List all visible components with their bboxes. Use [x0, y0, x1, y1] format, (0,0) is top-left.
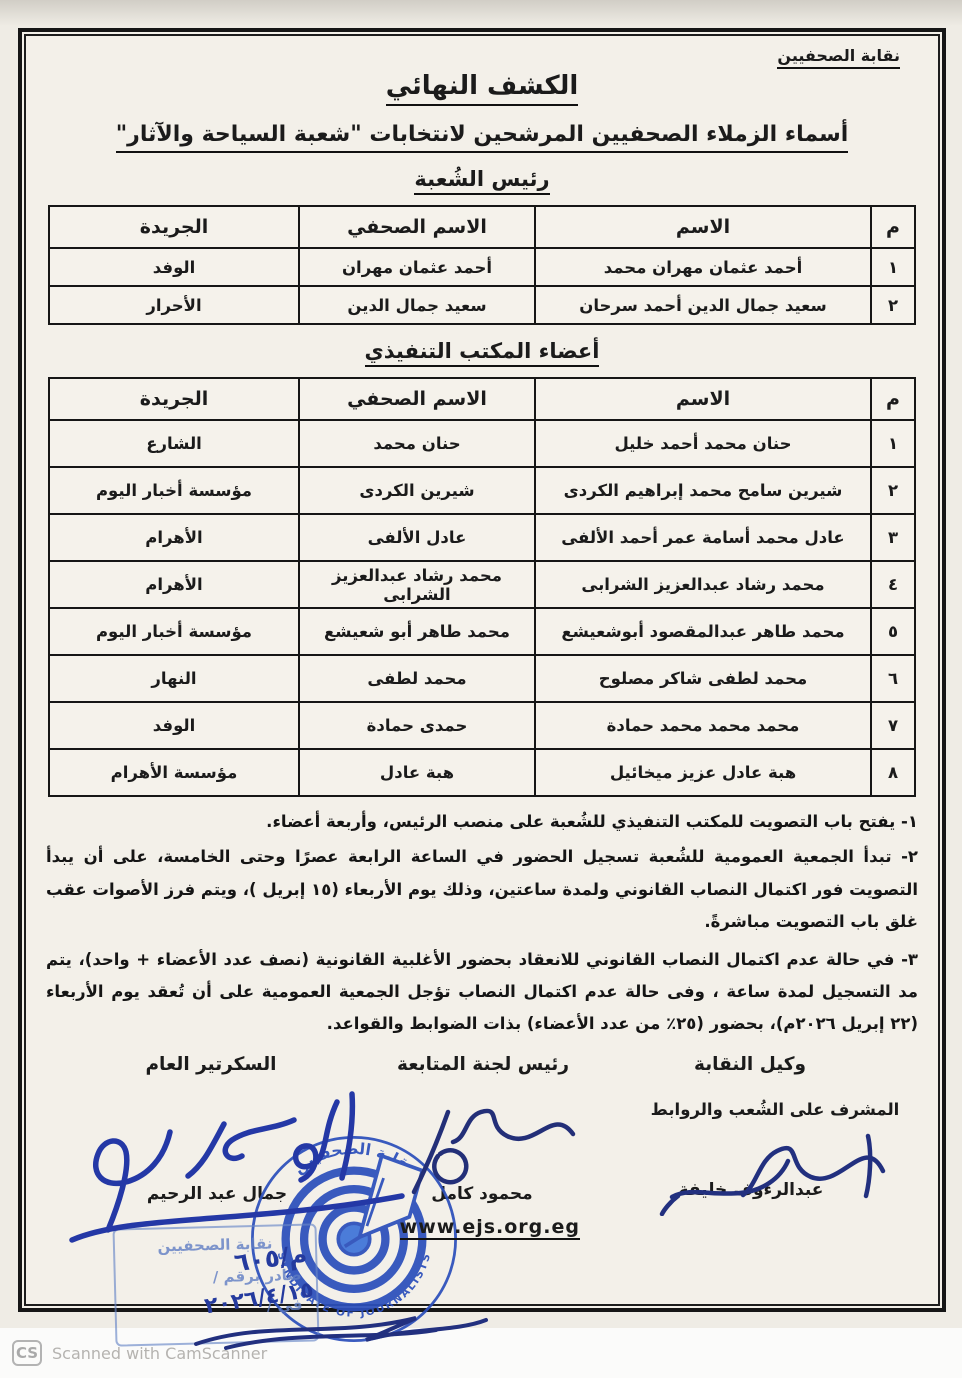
cell-newspaper: الأهرام — [49, 561, 299, 608]
cell-press-name: عادل الألفى — [299, 514, 535, 561]
section-title-head: رئيس الشُعبة — [414, 167, 549, 195]
cell-num: ٢ — [871, 467, 915, 514]
cell-press-name: شيرين الكردى — [299, 467, 535, 514]
cell-name: محمد رشاد عبدالعزيز الشرابى — [535, 561, 871, 608]
syndicate-website-url[interactable]: www.ejs.org.eg — [400, 1216, 580, 1240]
table-row: ٢ شيرين سامح محمد إبراهيم الكردى شيرين ا… — [49, 467, 915, 514]
document-title: الكشف النهائي — [386, 71, 579, 106]
table-row: ٨ هبة عادل عزيز ميخائيل هبة عادل مؤسسة ا… — [49, 749, 915, 796]
table-row: ٣ عادل محمد أسامة عمر أحمد الألفى عادل ا… — [49, 514, 915, 561]
table-header-row: م الاسم الاسم الصحفي الجريدة — [49, 378, 915, 420]
cell-press-name: هبة عادل — [299, 749, 535, 796]
table-row: ٢ سعيد جمال الدين أحمد سرحان سعيد جمال ا… — [49, 286, 915, 324]
cell-newspaper: النهار — [49, 655, 299, 702]
deputy-signature — [638, 1116, 898, 1216]
cell-name: محمد طاهر عبدالمقصود أبوشعيشع — [535, 608, 871, 655]
cell-newspaper: الشارع — [49, 420, 299, 467]
page-border: نقابة الصحفيين الكشف النهائي أسماء الزمل… — [24, 34, 940, 1306]
col-header-newspaper: الجريدة — [49, 378, 299, 420]
cell-name: عادل محمد أسامة عمر أحمد الألفى — [535, 514, 871, 561]
exec-section-table: م الاسم الاسم الصحفي الجريدة ١ حنان محمد… — [48, 377, 916, 797]
cell-newspaper: مؤسسة أخبار اليوم — [49, 608, 299, 655]
signatures-area: وكيل النقابة المشرف على الشُعب والروابط … — [36, 1048, 928, 1348]
col-header-newspaper: الجريدة — [49, 206, 299, 248]
cell-num: ٤ — [871, 561, 915, 608]
cell-newspaper: الوفد — [49, 248, 299, 286]
col-header-num: م — [871, 378, 915, 420]
cell-num: ١ — [871, 420, 915, 467]
col-header-name: الاسم — [535, 378, 871, 420]
cell-newspaper: مؤسسة أخبار اليوم — [49, 467, 299, 514]
cell-newspaper: الأهرام — [49, 514, 299, 561]
cell-name: سعيد جمال الدين أحمد سرحان — [535, 286, 871, 324]
scan-shadow — [0, 0, 962, 26]
note-1: ١- يفتح باب التصويت للمكتب التنفيذي للشُ… — [46, 809, 918, 835]
syndicate-corner-label: نقابة الصحفيين — [777, 46, 900, 69]
cell-name: شيرين سامح محمد إبراهيم الكردى — [535, 467, 871, 514]
cell-name: محمد لطفى شاكر مصلوح — [535, 655, 871, 702]
cell-num: ٢ — [871, 286, 915, 324]
col-header-num: م — [871, 206, 915, 248]
camscanner-logo-icon: CS — [12, 1340, 42, 1366]
col-header-name: الاسم — [535, 206, 871, 248]
cell-newspaper: الوفد — [49, 702, 299, 749]
note-2: ٢- تبدأ الجمعية العمومية للشُعبة تسجيل ا… — [46, 841, 918, 938]
section-title-exec: أعضاء المكتب التنفيذي — [365, 339, 600, 367]
voting-notes: ١- يفتح باب التصويت للمكتب التنفيذي للشُ… — [46, 809, 918, 1040]
table-row: ٦ محمد لطفى شاكر مصلوح محمد لطفى النهار — [49, 655, 915, 702]
table-row: ٤ محمد رشاد عبدالعزيز الشرابى محمد رشاد … — [49, 561, 915, 608]
cell-num: ١ — [871, 248, 915, 286]
cell-press-name: حنان محمد — [299, 420, 535, 467]
head-section-table: م الاسم الاسم الصحفي الجريدة ١ أحمد عثما… — [48, 205, 916, 325]
secretary-signature — [42, 1072, 442, 1262]
deputy-title: وكيل النقابة — [640, 1054, 860, 1075]
cell-press-name: سعيد جمال الدين — [299, 286, 535, 324]
cell-num: ٥ — [871, 608, 915, 655]
cell-press-name: محمد طاهر أبو شعيشع — [299, 608, 535, 655]
cell-name: محمد محمد محمد حمادة — [535, 702, 871, 749]
document-subtitle: أسماء الزملاء الصحفيين المرشحين لانتخابا… — [116, 122, 849, 153]
table-row: ١ حنان محمد أحمد خليل حنان محمد الشارع — [49, 420, 915, 467]
cell-press-name: حمدى حمادة — [299, 702, 535, 749]
table-row: ٧ محمد محمد محمد حمادة حمدى حمادة الوفد — [49, 702, 915, 749]
cell-press-name: أحمد عثمان مهران — [299, 248, 535, 286]
cell-num: ٨ — [871, 749, 915, 796]
table-row: ٥ محمد طاهر عبدالمقصود أبوشعيشع محمد طاه… — [49, 608, 915, 655]
note-3: ٣- في حالة عدم اكتمال النصاب القانوني لل… — [46, 944, 918, 1041]
col-header-press-name: الاسم الصحفي — [299, 206, 535, 248]
issue-signature-scribble — [186, 1310, 496, 1350]
cell-newspaper: مؤسسة الأهرام — [49, 749, 299, 796]
cell-name: أحمد عثمان مهران محمد — [535, 248, 871, 286]
cell-num: ٧ — [871, 702, 915, 749]
cell-num: ٣ — [871, 514, 915, 561]
document-page: نقابة الصحفيين الكشف النهائي أسماء الزمل… — [18, 28, 946, 1312]
cell-num: ٦ — [871, 655, 915, 702]
cell-press-name: محمد رشاد عبدالعزيز الشرابى — [299, 561, 535, 608]
col-header-press-name: الاسم الصحفي — [299, 378, 535, 420]
cell-name: حنان محمد أحمد خليل — [535, 420, 871, 467]
cell-press-name: محمد لطفى — [299, 655, 535, 702]
cell-newspaper: الأحرار — [49, 286, 299, 324]
cell-name: هبة عادل عزيز ميخائيل — [535, 749, 871, 796]
table-header-row: م الاسم الاسم الصحفي الجريدة — [49, 206, 915, 248]
table-row: ١ أحمد عثمان مهران محمد أحمد عثمان مهران… — [49, 248, 915, 286]
